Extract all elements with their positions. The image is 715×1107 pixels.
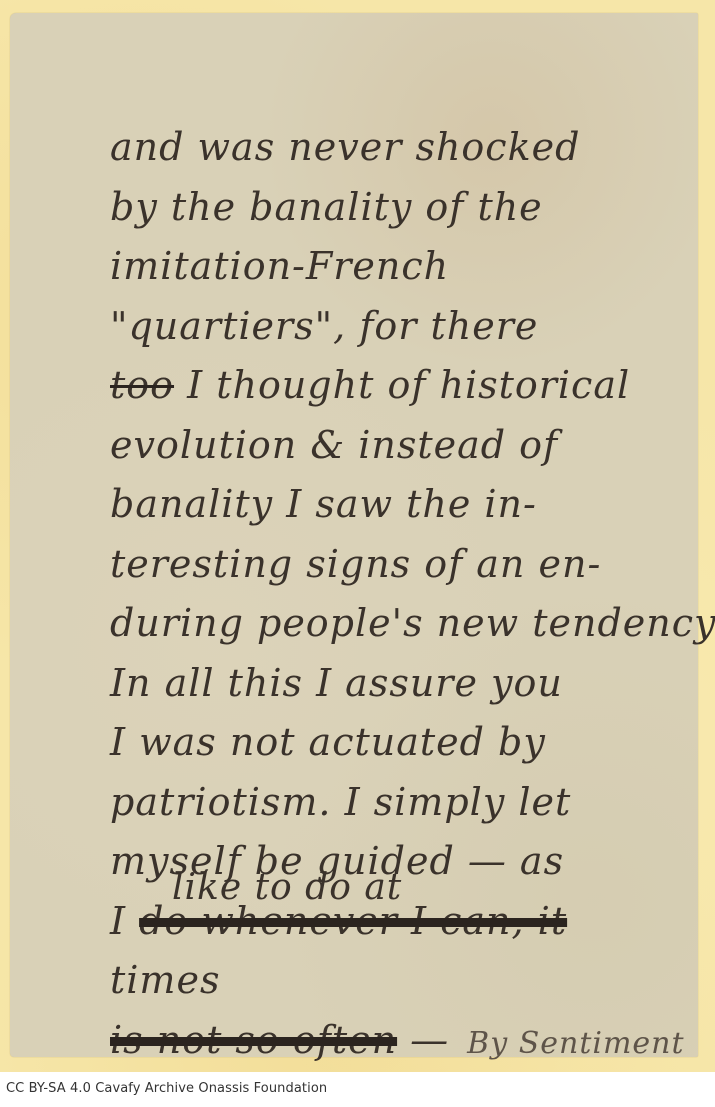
manuscript-line: In all this I assure you — [110, 654, 690, 714]
manuscript-line: by the banality of the — [110, 178, 690, 238]
manuscript-line: is not so often —By Sentiment — [110, 1011, 690, 1071]
manuscript-line: banality I saw the in- — [110, 475, 690, 535]
footer-bar: CC BY-SA 4.0 Cavafy Archive Onassis Foun… — [0, 1072, 715, 1107]
struck-word: too — [110, 363, 174, 407]
manuscript-line: times — [110, 951, 690, 1011]
manuscript-line: patriotism. I simply let — [110, 773, 690, 833]
manuscript-line: teresting signs of an en- — [110, 535, 690, 595]
handwritten-text: and was never shocked by the banality of… — [110, 118, 690, 1070]
license-credit: CC BY-SA 4.0 Cavafy Archive Onassis Foun… — [6, 1081, 327, 1096]
manuscript-line: too I thought of historical — [110, 356, 690, 416]
signoff-note: By Sentiment — [467, 1026, 684, 1061]
manuscript-line: evolution & instead of — [110, 416, 690, 476]
manuscript-line: imitation-French — [110, 237, 690, 297]
manuscript-line: like to do at I do whenever I can, it — [110, 892, 690, 952]
manuscript-line: I was not actuated by — [110, 713, 690, 773]
manuscript-line: "quartiers", for there — [110, 297, 690, 357]
manuscript-line: during people's new tendency. — [110, 594, 690, 654]
struck-phrase: is not so often — [110, 1018, 397, 1062]
interlinear-insertion: like to do at — [172, 858, 402, 918]
manuscript-line: and was never shocked — [110, 118, 690, 178]
